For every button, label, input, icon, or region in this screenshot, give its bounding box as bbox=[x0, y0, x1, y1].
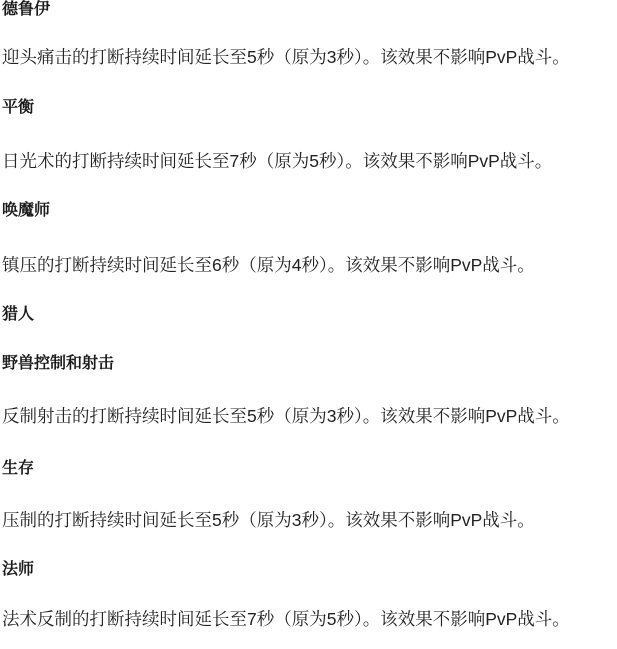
patch-note-mage-counterspell: 法术反制的打断持续时间延长至7秒（原为5秒）。该效果不影响PvP战斗。 bbox=[2, 610, 603, 628]
heading-mage: 法师 bbox=[2, 562, 603, 578]
heading-beast-mastery-marksmanship: 野兽控制和射击 bbox=[2, 356, 603, 372]
heading-survival: 生存 bbox=[2, 461, 603, 477]
patch-note-druid-skull-bash: 迎头痛击的打断持续时间延长至5秒（原为3秒）。该效果不影响PvP战斗。 bbox=[2, 48, 603, 66]
patch-note-survival-muzzle: 压制的打断持续时间延长至5秒（原为3秒）。该效果不影响PvP战斗。 bbox=[2, 511, 603, 529]
heading-druid: 德鲁伊 bbox=[2, 2, 603, 18]
heading-evoker: 唤魔师 bbox=[2, 203, 603, 219]
heading-balance: 平衡 bbox=[2, 100, 603, 116]
patch-note-evoker-quell: 镇压的打断持续时间延长至6秒（原为4秒）。该效果不影响PvP战斗。 bbox=[2, 256, 603, 274]
heading-hunter: 猎人 bbox=[2, 307, 603, 323]
patch-note-hunter-counter-shot: 反制射击的打断持续时间延长至5秒（原为3秒）。该效果不影响PvP战斗。 bbox=[2, 407, 603, 425]
patch-note-balance-solar-beam: 日光术的打断持续时间延长至7秒（原为5秒）。该效果不影响PvP战斗。 bbox=[2, 152, 603, 170]
patch-notes-content: 德鲁伊 迎头痛击的打断持续时间延长至5秒（原为3秒）。该效果不影响PvP战斗。 … bbox=[0, 2, 617, 628]
